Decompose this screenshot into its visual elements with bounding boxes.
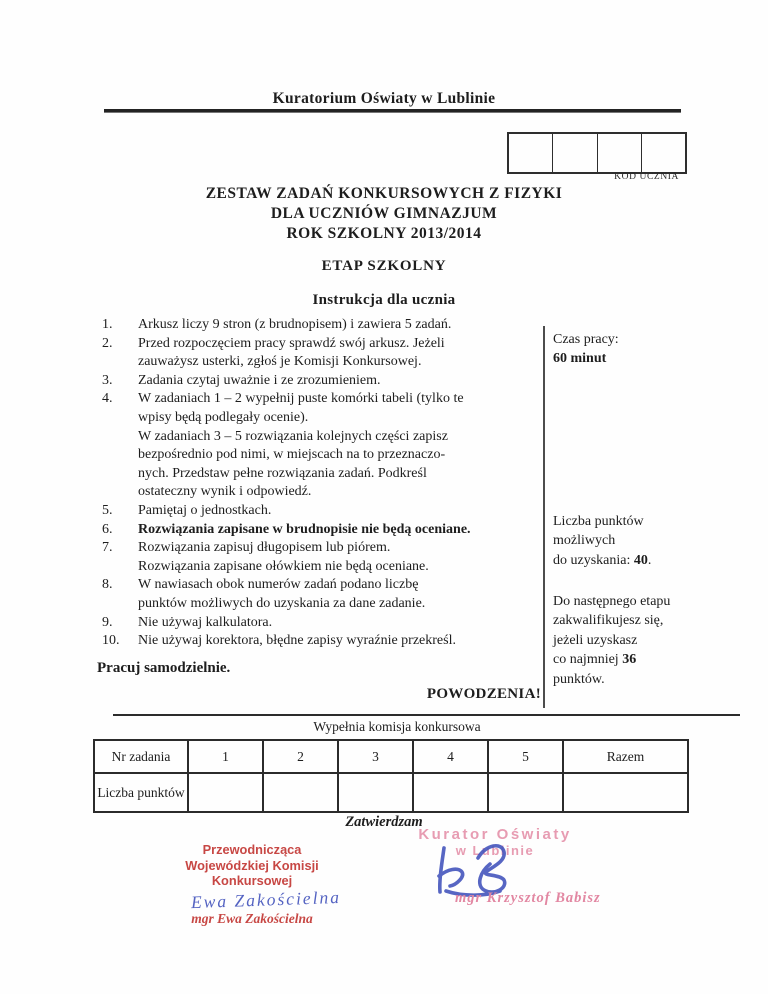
instruction-number: 3.	[100, 372, 138, 391]
task-1-header: 1	[188, 740, 263, 773]
chair-stamp: Przewodnicząca Wojewódzkiej Komisji Konk…	[152, 842, 352, 927]
task-3-header: 3	[338, 740, 413, 773]
instruction-item-3: 3. Zadania czytaj uważnie i ze zrozumien…	[100, 372, 538, 391]
chair-title-line-1: Przewodnicząca	[152, 842, 352, 858]
table-header-row: Nr zadania 1 2 3 4 5 Razem	[94, 740, 688, 773]
points-cell-4	[413, 773, 488, 812]
instruction-text: W zadaniach 1 – 2 wypełnij puste komórki…	[138, 390, 538, 502]
points-cell-total	[563, 773, 688, 812]
code-cell	[509, 134, 553, 172]
instruction-number: 4.	[100, 390, 138, 502]
code-cell	[598, 134, 642, 172]
qualification-tail: punktów.	[553, 672, 605, 687]
instruction-text: Przed rozpoczęciem pracy sprawdź swój ar…	[138, 335, 538, 372]
code-cell	[642, 134, 685, 172]
header-rule	[104, 109, 681, 113]
instruction-item-6: 6. Rozwiązania zapisane w brudnopisie ni…	[100, 521, 538, 540]
max-points-block: Liczba punktów możliwych do uzyskania: 4…	[553, 512, 748, 570]
instruction-item-10: 10. Nie używaj korektora, błędne zapisy …	[100, 632, 538, 651]
instruction-number: 2.	[100, 335, 138, 372]
instruction-number: 5.	[100, 502, 138, 521]
instruction-number: 8.	[100, 576, 138, 613]
instruction-item-2: 2. Przed rozpoczęciem pracy sprawdź swój…	[100, 335, 538, 372]
student-code-box	[507, 132, 687, 174]
qualification-block: Do następnego etapu zakwalifikujesz się,…	[553, 592, 748, 689]
instruction-item-8: 8. W nawiasach obok numerów zadań podano…	[100, 576, 538, 613]
task-4-header: 4	[413, 740, 488, 773]
qualification-text: Do następnego etapu zakwalifikujesz się,…	[553, 594, 670, 667]
total-header: Razem	[563, 740, 688, 773]
work-time-block: Czas pracy: 60 minut	[553, 330, 748, 369]
instruction-text: W nawiasach obok numerów zadań podano li…	[138, 576, 538, 613]
instruction-number: 6.	[100, 521, 138, 540]
instruction-text: Rozwiązania zapisuj długopisem lub pióre…	[138, 539, 538, 576]
exam-title-line-2: DLA UCZNIÓW GIMNAZJUM	[0, 204, 768, 224]
points-cell-1	[188, 773, 263, 812]
chair-handwritten-signature: Ewa Zakościelna	[166, 887, 367, 913]
commission-score-table: Nr zadania 1 2 3 4 5 Razem Liczba punktó…	[93, 739, 689, 813]
chair-title-line-2: Wojewódzkiej Komisji Konkursowej	[152, 858, 352, 889]
instruction-text: Arkusz liczy 9 stron (z brudnopisem) i z…	[138, 316, 538, 335]
instruction-number: 9.	[100, 614, 138, 633]
commission-table-caption: Wypełnia komisja konkursowa	[93, 719, 701, 735]
code-cell	[553, 134, 597, 172]
good-luck-note: POWODZENIA!	[427, 686, 541, 703]
chair-name: mgr Ewa Zakościelna	[152, 911, 352, 927]
points-cell-2	[263, 773, 338, 812]
instruction-text: Rozwiązania zapisane w brudnopisie nie b…	[138, 521, 538, 540]
exam-stage: ETAP SZKOLNY	[0, 258, 768, 275]
instruction-item-7: 7. Rozwiązania zapisuj długopisem lub pi…	[100, 539, 538, 576]
scanned-exam-cover-page: Kuratorium Oświaty w Lublinie KOD UCZNIA…	[0, 0, 768, 994]
table-points-row: Liczba punktów	[94, 773, 688, 812]
work-time-value: 60 minut	[553, 349, 748, 368]
max-points-value: 40	[634, 553, 648, 568]
instruction-item-4: 4. W zadaniach 1 – 2 wypełnij puste komó…	[100, 390, 538, 502]
instruction-item-1: 1. Arkusz liczy 9 stron (z brudnopisem) …	[100, 316, 538, 335]
qualification-threshold: 36	[622, 652, 636, 667]
instruction-item-9: 9. Nie używaj kalkulatora.	[100, 614, 538, 633]
max-points-text: Liczba punktów możliwych do uzyskania:	[553, 514, 644, 568]
instruction-text: Zadania czytaj uważnie i ze zrozumieniem…	[138, 372, 538, 391]
instructions-list: 1. Arkusz liczy 9 stron (z brudnopisem) …	[100, 316, 538, 651]
instruction-text: Pamiętaj o jednostkach.	[138, 502, 538, 521]
organization-header: Kuratorium Oświaty w Lublinie	[0, 90, 768, 108]
work-time-label: Czas pracy:	[553, 330, 748, 349]
instruction-number: 1.	[100, 316, 138, 335]
column-divider	[543, 326, 545, 708]
title-block: ZESTAW ZADAŃ KONKURSOWYCH Z FIZYKI DLA U…	[0, 184, 768, 309]
exam-title-line-1: ZESTAW ZADAŃ KONKURSOWYCH Z FIZYKI	[0, 184, 768, 204]
instruction-text: Nie używaj kalkulatora.	[138, 614, 538, 633]
instructions-heading: Instrukcja dla ucznia	[0, 292, 768, 309]
instruction-item-5: 5. Pamiętaj o jednostkach.	[100, 502, 538, 521]
points-cell-5	[488, 773, 563, 812]
curator-name: mgr Krzysztof Babisz	[455, 890, 635, 907]
task-5-header: 5	[488, 740, 563, 773]
task-number-header: Nr zadania	[94, 740, 188, 773]
table-top-rule	[113, 714, 740, 716]
points-row-label: Liczba punktów	[94, 773, 188, 812]
instruction-number: 7.	[100, 539, 138, 576]
max-points-period: .	[648, 553, 652, 568]
student-code-label: KOD UCZNIA	[507, 172, 679, 182]
task-2-header: 2	[263, 740, 338, 773]
instruction-number: 10.	[100, 632, 138, 651]
work-independently-note: Pracuj samodzielnie.	[97, 660, 230, 677]
instruction-text: Nie używaj korektora, błędne zapisy wyra…	[138, 632, 538, 651]
points-cell-3	[338, 773, 413, 812]
exam-title-line-3: ROK SZKOLNY 2013/2014	[0, 224, 768, 244]
